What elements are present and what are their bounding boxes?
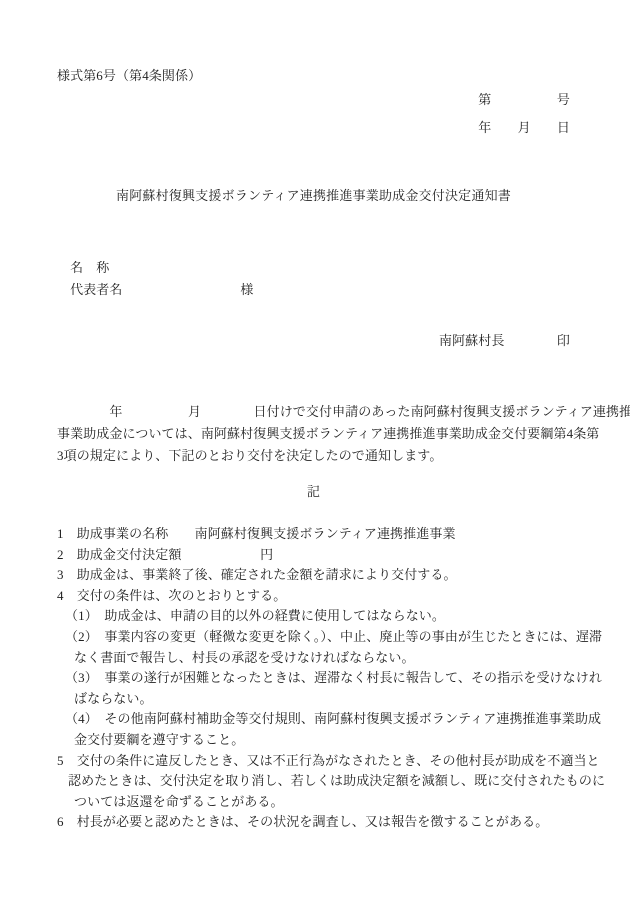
- term-line: 4 交付の条件は、次のとおりとする。: [57, 586, 570, 607]
- body-paragraph: 年 月 日付けで交付申請のあった南阿蘇村復興支援ボランティア連携推進事業助成金に…: [57, 401, 570, 467]
- term-line: なく書面で報告し、村長の承認を受けなければならない。: [57, 648, 570, 669]
- term-line: 認めたときは、交付決定を取り消し、若しくは助成決定額を減額し、既に交付されたもの…: [57, 771, 570, 792]
- term-line: （3） 事業の遂行が困難となったときは、遅滞なく村長に報告して、その指示を受けな…: [57, 668, 570, 689]
- terms-list: 1 助成事業の名称 南阿蘇村復興支援ボランティア連携推進事業2 助成金交付決定額…: [57, 524, 570, 833]
- document-number-line: 第 号: [57, 90, 570, 110]
- form-number: 様式第6号（第4条関係）: [57, 66, 570, 86]
- term-line: ばならない。: [57, 689, 570, 710]
- paragraph-line: 事業助成金については、南阿蘇村復興支援ボランティア連携推進事業助成金交付要綱第4…: [57, 423, 570, 445]
- recipient-name-line: 名 称: [57, 257, 570, 279]
- section-marker-ki: 記: [57, 481, 570, 503]
- term-line: （1） 助成金は、申請の目的以外の経費に使用してはならない。: [57, 606, 570, 627]
- document-title: 南阿蘇村復興支援ボランティア連携推進事業助成金交付決定通知書: [57, 185, 570, 207]
- term-line: 2 助成金交付決定額 円: [57, 545, 570, 566]
- term-line: 金交付要綱を遵守すること。: [57, 730, 570, 751]
- date-line: 年 月 日: [57, 118, 570, 138]
- document-page: 様式第6号（第4条関係） 第 号 年 月 日 南阿蘇村復興支援ボランティア連携推…: [0, 0, 630, 915]
- term-line: ついては返還を命ずることがある。: [57, 792, 570, 813]
- term-line: （4） その他南阿蘇村補助金等交付規則、南阿蘇村復興支援ボランティア連携推進事業…: [57, 709, 570, 730]
- term-line: 3 助成金は、事業終了後、確定された金額を請求により交付する。: [57, 565, 570, 586]
- term-line: 6 村長が必要と認めたときは、その状況を調査し、又は報告を徴することがある。: [57, 812, 570, 833]
- paragraph-line: 3項の規定により、下記のとおり交付を決定したので通知します。: [57, 445, 570, 467]
- issuer-seal-line: 南阿蘇村長 印: [57, 330, 570, 352]
- term-line: （2） 事業内容の変更（軽微な変更を除く。）、中止、廃止等の事由が生じたときには…: [57, 627, 570, 648]
- recipient-representative-line: 代表者名 様: [57, 279, 570, 301]
- paragraph-line: 年 月 日付けで交付申請のあった南阿蘇村復興支援ボランティア連携推進: [57, 401, 570, 423]
- term-line: 5 交付の条件に違反したとき、又は不正行為がなされたとき、その他村長が助成を不適…: [57, 751, 570, 772]
- term-line: 1 助成事業の名称 南阿蘇村復興支援ボランティア連携推進事業: [57, 524, 570, 545]
